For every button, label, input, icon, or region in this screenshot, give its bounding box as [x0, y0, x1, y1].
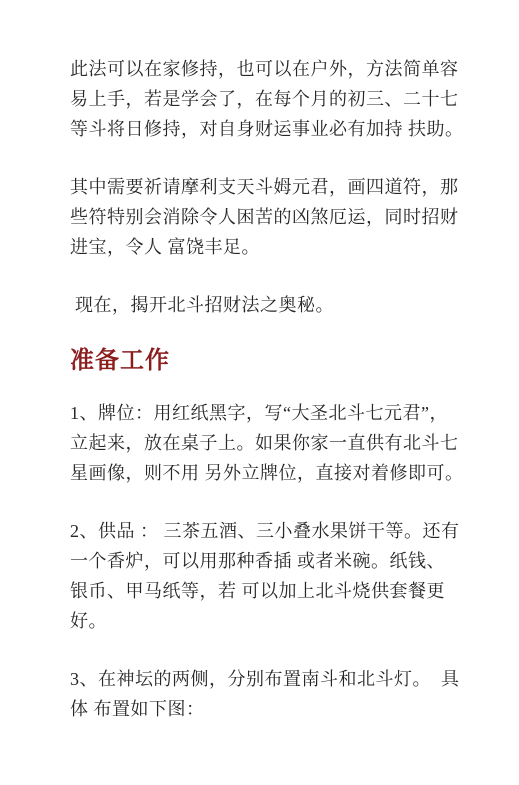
text-line: 易上手，若是学会了，在每个月的初三、二十七 [70, 84, 463, 114]
text-line: 1、牌位：用红纸黑字，写“大圣北斗七元君”， [70, 398, 463, 428]
article-page: 此法可以在家修持，也可以在户外，方法简单容 易上手，若是学会了，在每个月的初三、… [0, 0, 519, 785]
text-line: 好。 [70, 606, 463, 636]
text-line: 星画像，则不用 另外立牌位，直接对着修即可。 [70, 458, 463, 488]
paragraph-step-1: 1、牌位：用红纸黑字，写“大圣北斗七元君”， 立起来，放在桌子上。如果你家一直供… [70, 398, 463, 488]
text-line: 2、供品 ： 三茶五酒、三小叠水果饼干等。还有 [70, 516, 463, 546]
text-line: 些符特别会消除令人困苦的凶煞厄运，同时招财 [70, 202, 463, 232]
text-line: 立起来，放在桌子上。如果你家一直供有北斗七 [70, 428, 463, 458]
text-line: 此法可以在家修持，也可以在户外，方法简单容 [70, 54, 463, 84]
text-line: 银币、甲马纸等，若 可以加上北斗烧供套餐更 [70, 576, 463, 606]
paragraph-step-2: 2、供品 ： 三茶五酒、三小叠水果饼干等。还有 一个香炉，可以用那种香插 或者米… [70, 516, 463, 636]
text-line: 现在，揭开北斗招财法之奥秘。 [70, 290, 463, 320]
paragraph-intro-3: 现在，揭开北斗招财法之奥秘。 [70, 290, 463, 320]
paragraph-intro-2: 其中需要祈请摩利支天斗姆元君，画四道符，那 些符特别会消除令人困苦的凶煞厄运，同… [70, 172, 463, 262]
text-line: 3、在神坛的两侧，分别布置南斗和北斗灯。 具 [70, 664, 463, 694]
paragraph-intro-1: 此法可以在家修持，也可以在户外，方法简单容 易上手，若是学会了，在每个月的初三、… [70, 54, 463, 144]
text-line: 进宝，令人 富饶丰足。 [70, 232, 463, 262]
text-line: 一个香炉，可以用那种香插 或者米碗。纸钱、 [70, 546, 463, 576]
text-line: 等斗将日修持，对自身财运事业必有加持 扶助。 [70, 114, 463, 144]
section-heading: 准备工作 [70, 348, 463, 374]
text-line: 其中需要祈请摩利支天斗姆元君，画四道符，那 [70, 172, 463, 202]
paragraph-step-3: 3、在神坛的两侧，分别布置南斗和北斗灯。 具 体 布置如下图： [70, 664, 463, 724]
text-line: 体 布置如下图： [70, 694, 463, 724]
